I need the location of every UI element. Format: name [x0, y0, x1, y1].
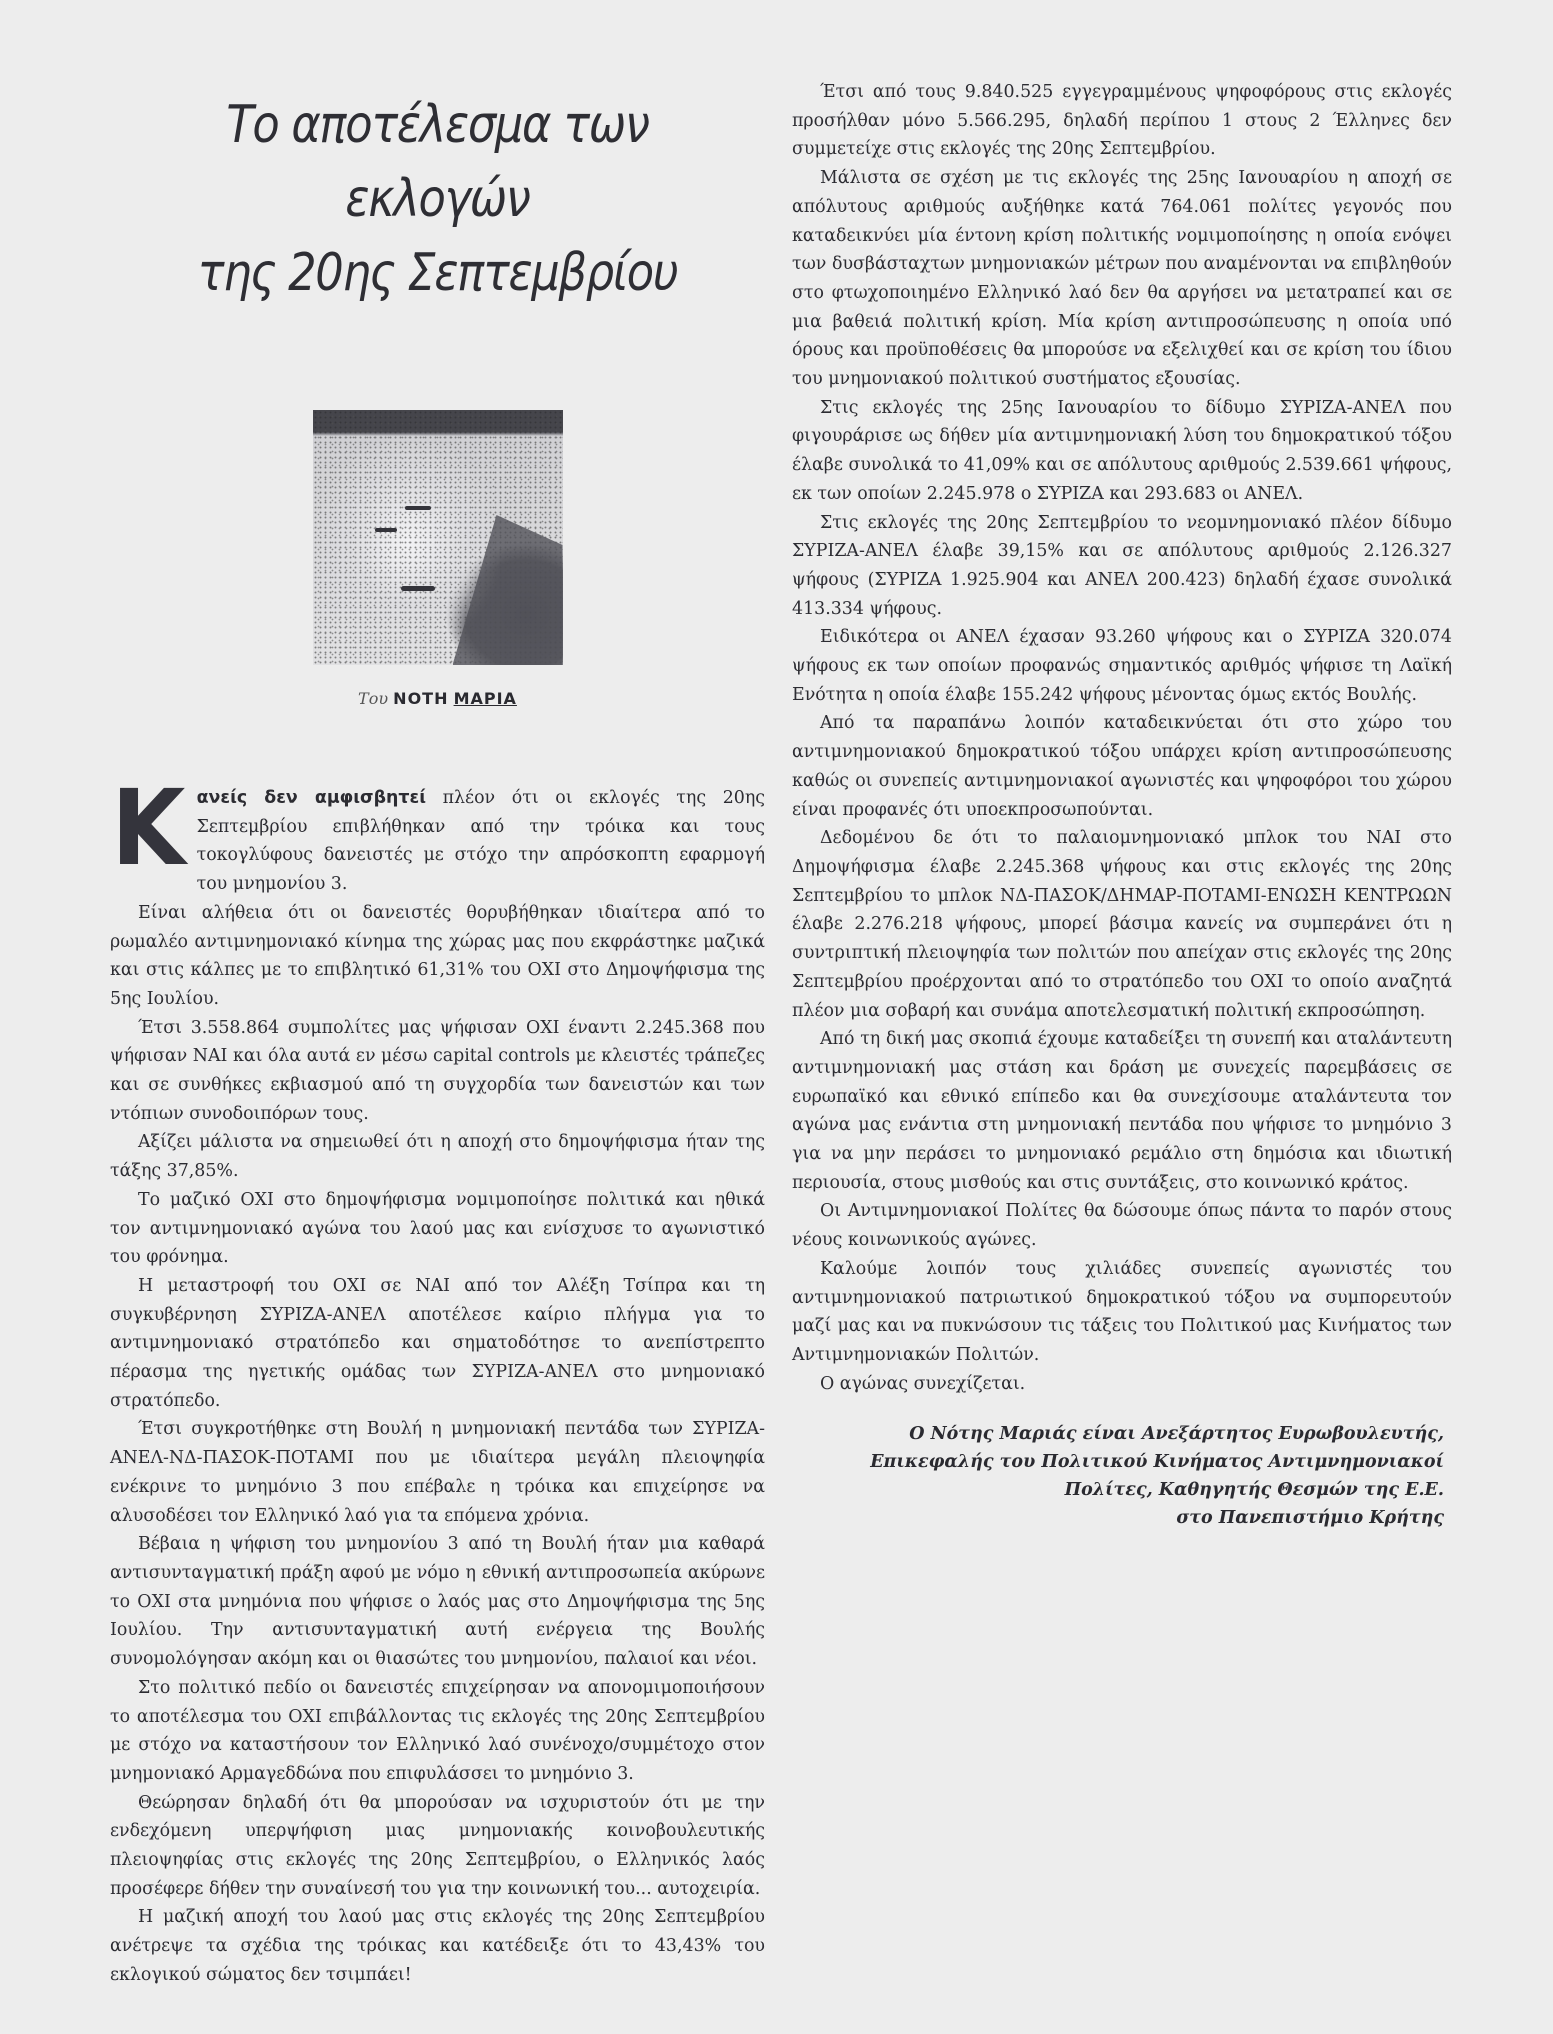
author-photo-frame — [313, 410, 563, 665]
paragraph: Το μαζικό ΟΧΙ στο δημοψήφισμα νομιμοποίη… — [110, 1186, 765, 1272]
author-bio-line-1: Ο Νότης Μαριάς είναι Ανεξάρτητος Ευρωβου… — [792, 1420, 1444, 1448]
byline-prefix: Του — [358, 689, 388, 708]
paragraph: Έτσι από τους 9.840.525 εγγεγραμμένους ψ… — [792, 78, 1452, 164]
paragraph: Μάλιστα σε σχέση με τις εκλογές της 25ης… — [792, 164, 1452, 394]
author-bio-line-2: Επικεφαλής του Πολιτικού Κινήματος Αντιμ… — [792, 1448, 1444, 1476]
paragraph: Δεδομένου δε ότι το παλαιομνημονιακό μπλ… — [792, 824, 1452, 1025]
paragraph: Η μαζική αποχή του λαού μας στις εκλογές… — [110, 1903, 765, 1989]
paragraph: Ο αγώνας συνεχίζεται. — [792, 1370, 1452, 1399]
paragraph: Οι Αντιμνημονιακοί Πολίτες θα δώσουμε όπ… — [792, 1197, 1452, 1254]
paragraph: Έτσι 3.558.864 συμπολίτες μας ψήφισαν ΟΧ… — [110, 1014, 765, 1129]
paragraph: Βέβαια η ψήφιση του μνημονίου 3 από τη Β… — [110, 1530, 765, 1674]
author-bio-line-4: στο Πανεπιστήμιο Κρήτης — [792, 1504, 1444, 1532]
photo-jacket — [453, 515, 563, 665]
paragraph: Έτσι συγκροτήθηκε στη Βουλή η μνημονιακή… — [110, 1415, 765, 1530]
paragraph: Στο πολιτικό πεδίο οι δανειστές επιχείρη… — [110, 1674, 765, 1789]
paragraph: Από τα παραπάνω λοιπόν καταδεικνύεται ότ… — [792, 709, 1452, 824]
photo-eye-left — [375, 528, 397, 532]
paragraph: Καλούμε λοιπόν τους χιλιάδες συνεπείς αγ… — [792, 1255, 1452, 1370]
lead-paragraph: Κανείς δεν αμφισβητεί πλέον ότι οι εκλογ… — [110, 784, 765, 899]
article-body-right: Έτσι από τους 9.840.525 εγγεγραμμένους ψ… — [792, 78, 1452, 1398]
byline: Του ΝΟΤΗ ΜΑΡΙΑ — [110, 689, 765, 708]
headline-line-1: Το αποτέλεσμα των εκλογών — [226, 95, 648, 229]
right-column: Έτσι από τους 9.840.525 εγγεγραμμένους ψ… — [792, 78, 1452, 1532]
photo-mouth — [401, 586, 435, 591]
paragraph: Ειδικότερα οι ΑΝΕΛ έχασαν 93.260 ψήφους … — [792, 623, 1452, 709]
headline-line-2: της 20ης Σεπτεμβρίου — [198, 243, 678, 303]
paragraph: Στις εκλογές της 20ης Σεπτεμβρίου το νεο… — [792, 509, 1452, 624]
paragraph: Η μεταστροφή του ΟΧΙ σε ΝΑΙ από τον Αλέξ… — [110, 1272, 765, 1416]
author-bio-line-3: Πολίτες, Καθηγητής Θεσμών της Ε.Ε. — [792, 1476, 1444, 1504]
paragraph: Είναι αλήθεια ότι οι δανειστές θορυβήθηκ… — [110, 899, 765, 1014]
paragraph: Στις εκλογές της 25ης Ιανουαρίου το δίδυ… — [792, 394, 1452, 509]
left-column: Το αποτέλεσμα των εκλογών της 20ης Σεπτε… — [110, 88, 765, 1990]
newspaper-page: Το αποτέλεσμα των εκλογών της 20ης Σεπτε… — [0, 0, 1553, 2034]
author-photo — [313, 410, 563, 665]
paragraph: Θεώρησαν δηλαδή ότι θα μπορούσαν να ισχυ… — [110, 1789, 765, 1904]
paragraph: Από τη δική μας σκοπιά έχουμε καταδείξει… — [792, 1025, 1452, 1197]
author-bio-note: Ο Νότης Μαριάς είναι Ανεξάρτητος Ευρωβου… — [792, 1420, 1452, 1532]
byline-first-name: ΝΟΤΗ — [393, 689, 448, 708]
byline-surname: ΜΑΡΙΑ — [454, 689, 517, 708]
drop-cap: Κ — [111, 786, 185, 872]
article-body-left: Κανείς δεν αμφισβητεί πλέον ότι οι εκλογ… — [110, 784, 765, 1990]
paragraph: Αξίζει μάλιστα να σημειωθεί ότι η αποχή … — [110, 1128, 765, 1185]
photo-eye-right — [405, 506, 431, 510]
lead-bold-text: ανείς δεν αμφισβητεί — [197, 788, 426, 808]
article-headline: Το αποτέλεσμα των εκλογών της 20ης Σεπτε… — [156, 88, 719, 310]
